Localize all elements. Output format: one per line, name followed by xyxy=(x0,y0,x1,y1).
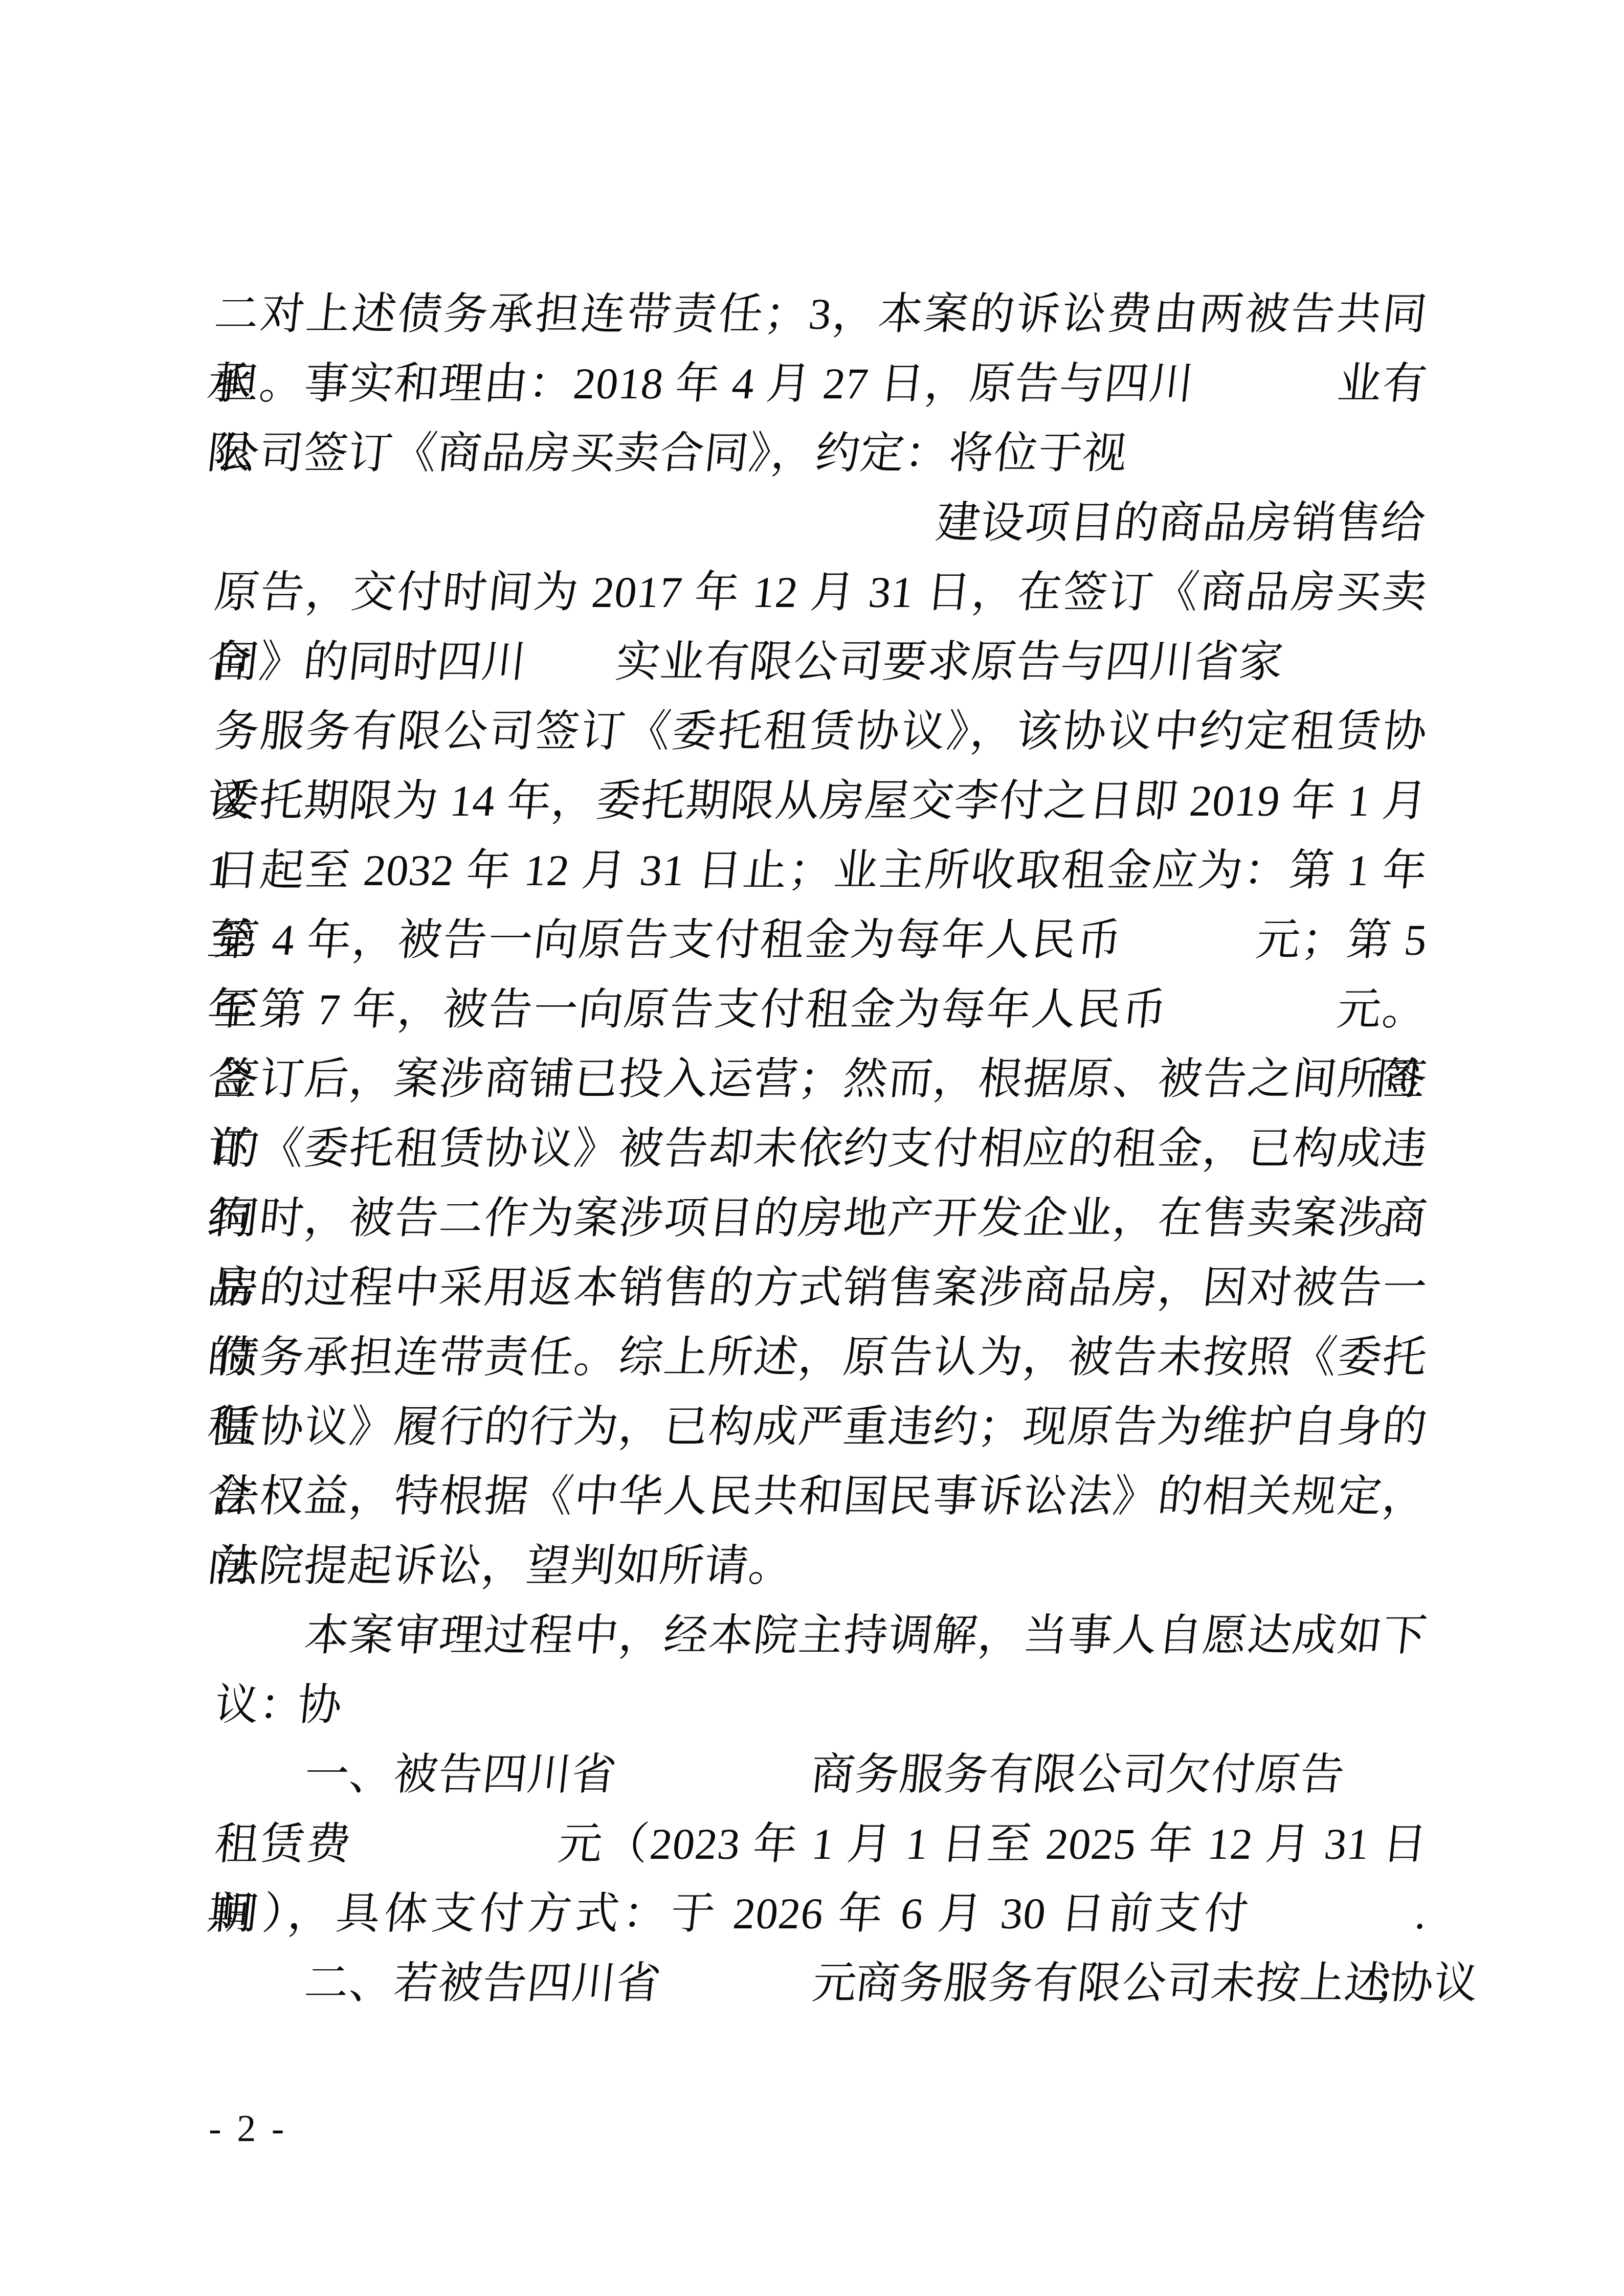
redaction-gap xyxy=(615,1789,809,1789)
text-segment: 租赁费 xyxy=(212,1819,355,1869)
text-segment: . xyxy=(1413,1889,1430,1938)
text-line: 第 4 年，被告一向原告支付租金为每年人民币元；第 5 年 xyxy=(211,905,1431,975)
text-segment: 同》的同时四川 xyxy=(212,637,529,686)
text-segment: 至第 7 年，被告一向原告支付租金为每年人民币 xyxy=(212,985,1170,1034)
text-line: 法权益，特根据《中华人民共和国民事诉讼法》的相关规定，向 xyxy=(211,1461,1431,1531)
text-segment: 法院提起诉讼，望判如所请。 xyxy=(212,1541,796,1590)
text-line: 二、若被告四川省商务服务有限公司未按上述协议 xyxy=(211,1948,1431,2018)
text-line: 二对上述债务承担连带责任；3，本案的诉讼费由两被告共同承 xyxy=(211,279,1431,349)
redaction-gap xyxy=(659,1997,854,1998)
text-line: 议： xyxy=(211,1670,1431,1740)
text-segment: 间），具体支付方式：于 2026 年 6 月 30 日前支付 xyxy=(212,1889,1255,1938)
page-number: - 2 - xyxy=(209,2106,287,2152)
text-line: 的《委托租赁协议》被告却未依约支付相应的租金，已构成违约。 xyxy=(211,1114,1431,1183)
text-line: 赁协议》履行的行为，已构成严重违约；现原告为维护自身的合 xyxy=(211,1392,1431,1461)
text-segment: 议： xyxy=(212,1680,306,1729)
text-line: 法院提起诉讼，望判如所请。 xyxy=(211,1531,1431,1601)
text-line: 债务承担连带责任。综上所述，原告认为，被告未按照《委托租 xyxy=(211,1322,1431,1392)
text-segment: 二、若被告四川省 xyxy=(302,1959,663,2008)
text-line: 租赁费元（2023 年 1 月 1 日至 2025 年 12 月 31 日期 xyxy=(211,1809,1431,1879)
text-segment: 建设项目的商品房销售给 xyxy=(933,498,1428,547)
text-line: 至第 7 年，被告一向原告支付租金为每年人民币元。合同 xyxy=(211,975,1431,1044)
text-line: 同时，被告二作为案涉项目的房地产开发企业，在售卖案涉商品 xyxy=(211,1183,1431,1253)
text-line: 公司签订《商品房买卖合同》，约定：将位于视 xyxy=(211,418,1431,488)
text-line: 同》的同时四川实业有限公司要求原告与四川省家 xyxy=(211,627,1431,696)
text-line: 签订后，案涉商铺已投入运营；然而，根据原、被告之间所签订 xyxy=(211,1044,1431,1114)
text-line: 日起至 2032 年 12 月 31 日止；业主所收取租金应为：第 1 年至 xyxy=(211,836,1431,905)
text-segment: 商务服务有限公司欠付原告 xyxy=(808,1750,1347,1799)
text-line: 房的过程中采用返本销售的方式销售案涉商品房，因对被告一的 xyxy=(211,1253,1431,1322)
text-line: 担。事实和理由：2018 年 4 月 27 日，原告与四川业有限 xyxy=(211,349,1431,418)
text-line: 建设项目的商品房销售给 xyxy=(211,488,1431,557)
text-line: 本案审理过程中，经本院主持调解，当事人自愿达成如下协 xyxy=(211,1601,1431,1670)
text-line: 间），具体支付方式：于 2026 年 6 月 30 日前支付.元； xyxy=(211,1879,1431,1948)
text-line: 原告，交付时间为 2017 年 12 月 31 日，在签订《商品房买卖合 xyxy=(211,557,1431,627)
text-segment: 担。事实和理由：2018 年 4 月 27 日，原告与四川 xyxy=(212,359,1197,408)
text-segment: 第 4 年，被告一向原告支付租金为每年人民币 xyxy=(212,915,1125,964)
body-text: 二对上述债务承担连带责任；3，本案的诉讼费由两被告共同承担。事实和理由：2018… xyxy=(215,279,1427,2018)
redaction-gap xyxy=(1121,954,1254,955)
redaction-gap xyxy=(1193,398,1336,398)
redaction-gap xyxy=(1250,1928,1414,1928)
text-line: 务服务有限公司签订《委托租赁协议》，该协议中约定租赁协议 xyxy=(211,696,1431,766)
text-segment: 实业有限公司要求原告与四川省家 xyxy=(613,637,1286,686)
text-line: 委托期限为 14 年，委托期限从房屋交李付之日即 2019 年 1 月 1 xyxy=(211,766,1431,836)
text-segment: 商务服务有限公司未按上述协议 xyxy=(853,1959,1481,2008)
text-segment: 公司签订《商品房买卖合同》，约定：将位于视 xyxy=(212,429,1130,478)
redaction-gap xyxy=(525,676,614,677)
redaction-gap xyxy=(351,1858,555,1859)
redaction-gap xyxy=(1166,1024,1335,1024)
document-page: 二对上述债务承担连带责任；3，本案的诉讼费由两被告共同承担。事实和理由：2018… xyxy=(0,0,1624,2296)
text-line: 一、被告四川省商务服务有限公司欠付原告 xyxy=(211,1740,1431,1809)
text-segment: 一、被告四川省 xyxy=(302,1750,619,1799)
